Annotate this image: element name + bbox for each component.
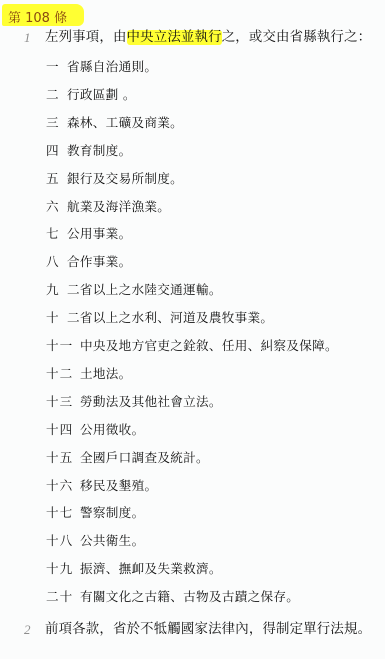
item-number: 十一 (46, 336, 73, 356)
item-number: 一 (46, 57, 60, 77)
paragraph-text-before: 左列事項，由 (45, 30, 127, 45)
item-number: 十三 (46, 392, 73, 412)
item-number: 十六 (46, 476, 73, 496)
paragraph-text: 前項各款，省於不牴觸國家法律內，得制定單行法規。 (45, 620, 371, 640)
item-text: 省縣自治通則。 (67, 57, 157, 77)
item-text: 航業及海洋漁業。 (67, 197, 170, 217)
paragraph-number: 2 (24, 620, 34, 640)
item-text: 有關文化之古籍、古物及古蹟之保存。 (80, 587, 299, 607)
item-number: 十二 (46, 364, 73, 384)
item-text: 公用徵收。 (80, 420, 144, 440)
paragraph-text: 左列事項，由中央立法並執行之，或交由省縣執行之： (45, 28, 371, 48)
item-text: 公用事業。 (67, 224, 131, 244)
item-text: 銀行及交易所制度。 (67, 169, 183, 189)
item-number: 九 (46, 280, 60, 300)
item-text: 警察制度。 (80, 503, 144, 523)
item-text: 教育制度。 (67, 141, 131, 161)
item-number: 二十 (46, 587, 73, 607)
article-title-text: 第 108 條 (8, 7, 67, 26)
item-text: 森林、工礦及商業。 (67, 113, 183, 133)
item-number: 四 (46, 141, 60, 161)
paragraph-text-after: 之，或交由省縣執行之： (222, 30, 372, 45)
item-number: 十九 (46, 559, 73, 579)
item-text: 移民及墾殖。 (80, 476, 157, 496)
item-text: 勞動法及其他社會立法。 (80, 392, 222, 412)
item-text: 二省以上之水陸交通運輸。 (67, 280, 222, 300)
item-number: 十八 (46, 531, 73, 551)
item-text: 行政區劃 。 (67, 85, 136, 105)
item-number: 五 (46, 169, 60, 189)
item-text: 振濟、撫卹及失業救濟。 (80, 559, 222, 579)
item-text: 土地法。 (80, 364, 132, 384)
item-number: 二 (46, 85, 60, 105)
item-number: 十四 (46, 420, 73, 440)
highlighted-text: 中央立法並執行 (127, 30, 222, 45)
item-number: 八 (46, 252, 60, 272)
item-number: 十 (46, 308, 60, 328)
item-text: 公共衛生。 (80, 531, 144, 551)
item-number: 十七 (46, 503, 73, 523)
paragraph-number: 1 (24, 28, 34, 48)
item-text: 中央及地方官吏之銓敘、任用、糾察及保障。 (80, 336, 338, 356)
item-text: 全國戶口調查及統計。 (80, 448, 209, 468)
item-number: 十五 (46, 448, 73, 468)
item-number: 七 (46, 224, 60, 244)
item-text: 合作事業。 (67, 252, 131, 272)
item-text: 二省以上之水利、河道及農牧事業。 (67, 308, 273, 328)
item-number: 三 (46, 113, 60, 133)
item-number: 六 (46, 197, 60, 217)
article-title: 第 108 條 (2, 4, 84, 26)
